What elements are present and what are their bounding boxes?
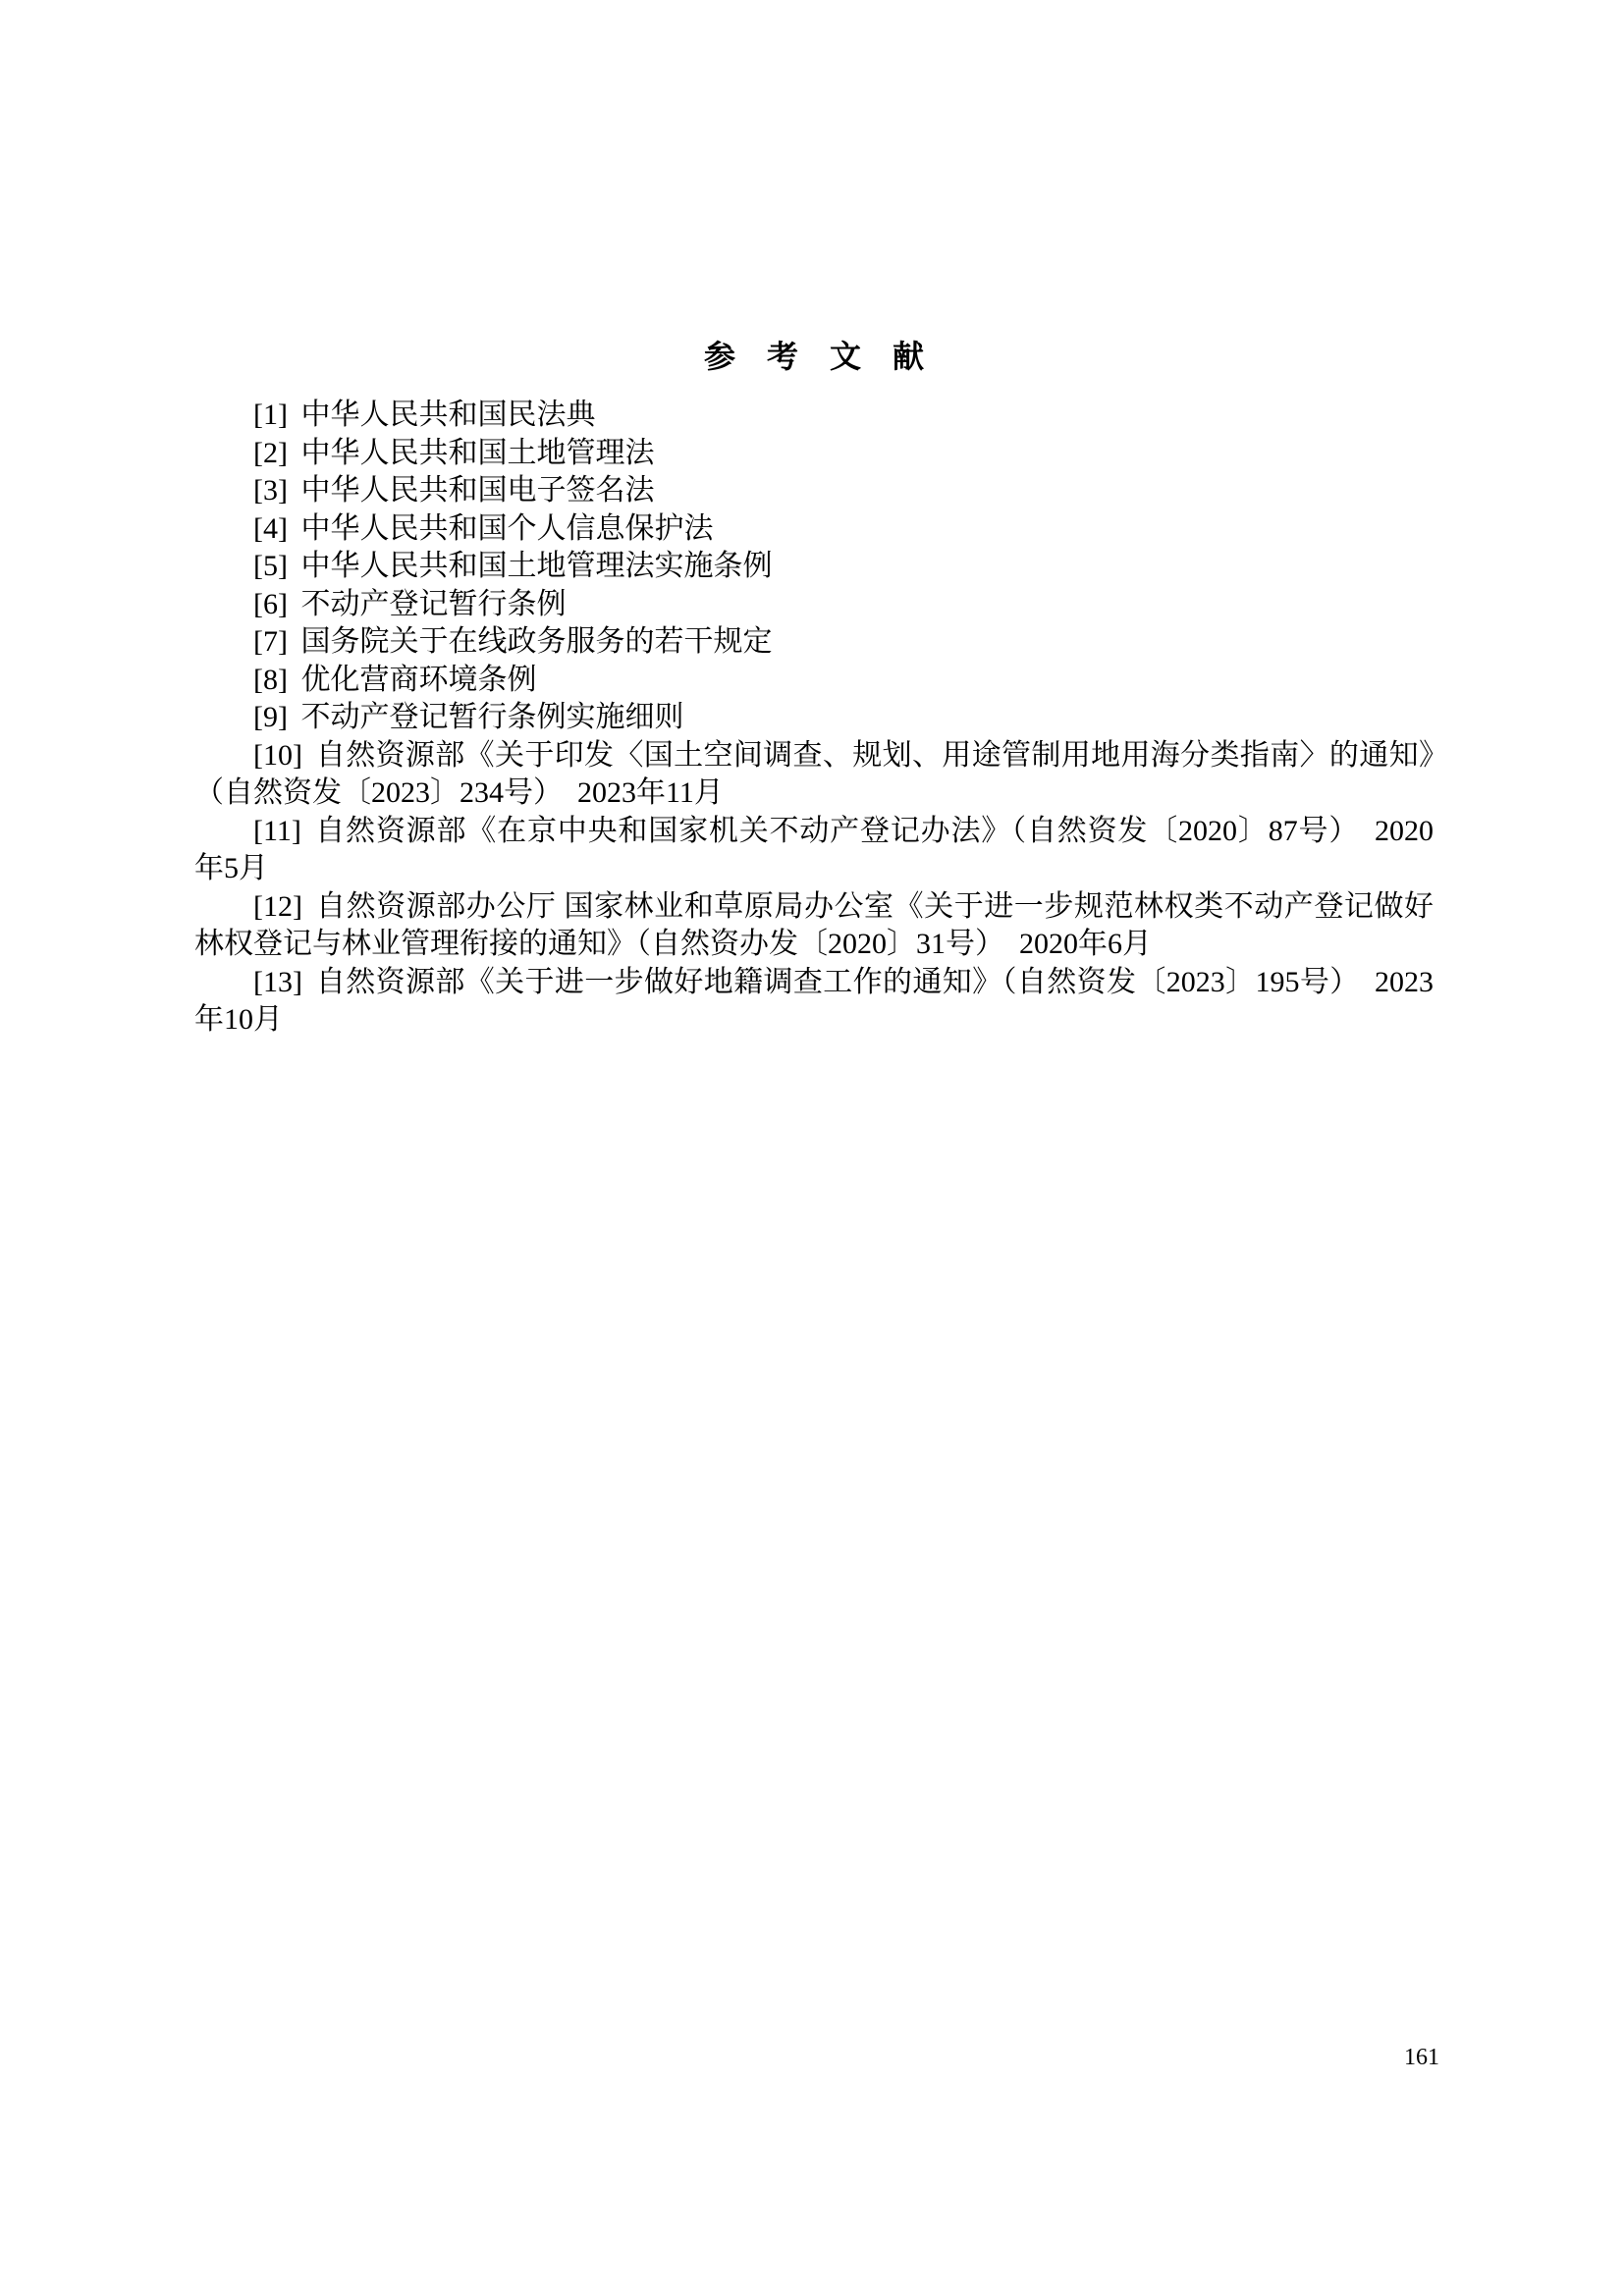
reference-text: 自然资源部《关于印发〈国土空间调查、规划、用途管制用地用海分类指南〉的通知》（自… — [194, 739, 1434, 810]
reference-text: 中华人民共和国个人信息保护法 — [300, 512, 713, 545]
reference-item: [11]自然资源部《在京中央和国家机关不动产登记办法》（自然资发〔2020〕87… — [194, 813, 1434, 888]
reference-text: 中华人民共和国土地管理法 — [300, 437, 654, 469]
document-page: 参 考 文 献 [1]中华人民共和国民法典 [2]中华人民共和国土地管理法 [3… — [0, 0, 1624, 2296]
reference-label: [2] — [253, 437, 288, 469]
reference-list: [1]中华人民共和国民法典 [2]中华人民共和国土地管理法 [3]中华人民共和国… — [194, 397, 1434, 1040]
reference-label: [3] — [253, 474, 288, 507]
reference-item: [5]中华人民共和国土地管理法实施条例 — [194, 548, 1434, 586]
reference-item: [2]中华人民共和国土地管理法 — [194, 435, 1434, 473]
reference-item: [3]中华人民共和国电子签名法 — [194, 472, 1434, 510]
reference-item: [9]不动产登记暂行条例实施细则 — [194, 699, 1434, 737]
reference-item: [12]自然资源部办公厅 国家林业和草原局办公室《关于进一步规范林权类不动产登记… — [194, 888, 1434, 964]
reference-label: [8] — [253, 664, 288, 696]
reference-item: [4]中华人民共和国个人信息保护法 — [194, 510, 1434, 549]
reference-label: [7] — [253, 625, 288, 658]
reference-text: 不动产登记暂行条例 — [300, 588, 566, 620]
reference-label: [1] — [253, 399, 288, 431]
reference-text: 不动产登记暂行条例实施细则 — [300, 701, 683, 733]
reference-label: [11] — [253, 815, 301, 847]
reference-label: [9] — [253, 701, 288, 733]
page-content: 参 考 文 献 [1]中华人民共和国民法典 [2]中华人民共和国土地管理法 [3… — [194, 338, 1434, 1040]
reference-label: [13] — [253, 966, 302, 998]
reference-label: [6] — [253, 588, 288, 620]
reference-text: 自然资源部办公厅 国家林业和草原局办公室《关于进一步规范林权类不动产登记做好林权… — [194, 890, 1434, 961]
reference-text: 国务院关于在线政务服务的若干规定 — [300, 625, 772, 658]
reference-label: [12] — [253, 890, 302, 923]
reference-item: [7]国务院关于在线政务服务的若干规定 — [194, 623, 1434, 662]
reference-item: [13]自然资源部《关于进一步做好地籍调查工作的通知》（自然资发〔2023〕19… — [194, 964, 1434, 1040]
reference-text: 中华人民共和国电子签名法 — [300, 474, 654, 507]
reference-text: 自然资源部《关于进一步做好地籍调查工作的通知》（自然资发〔2023〕195号） … — [194, 966, 1434, 1037]
reference-label: [10] — [253, 739, 302, 772]
reference-item: [6]不动产登记暂行条例 — [194, 586, 1434, 624]
page-title: 参 考 文 献 — [194, 338, 1434, 375]
reference-label: [5] — [253, 550, 288, 582]
reference-item: [1]中华人民共和国民法典 — [194, 397, 1434, 435]
page-number: 161 — [1404, 2044, 1439, 2071]
reference-item: [8]优化营商环境条例 — [194, 662, 1434, 700]
reference-text: 自然资源部《在京中央和国家机关不动产登记办法》（自然资发〔2020〕87号） 2… — [194, 815, 1434, 885]
reference-text: 中华人民共和国民法典 — [300, 399, 595, 431]
reference-text: 中华人民共和国土地管理法实施条例 — [300, 550, 772, 582]
reference-text: 优化营商环境条例 — [300, 664, 536, 696]
reference-item: [10]自然资源部《关于印发〈国土空间调查、规划、用途管制用地用海分类指南〉的通… — [194, 737, 1434, 813]
reference-label: [4] — [253, 512, 288, 545]
